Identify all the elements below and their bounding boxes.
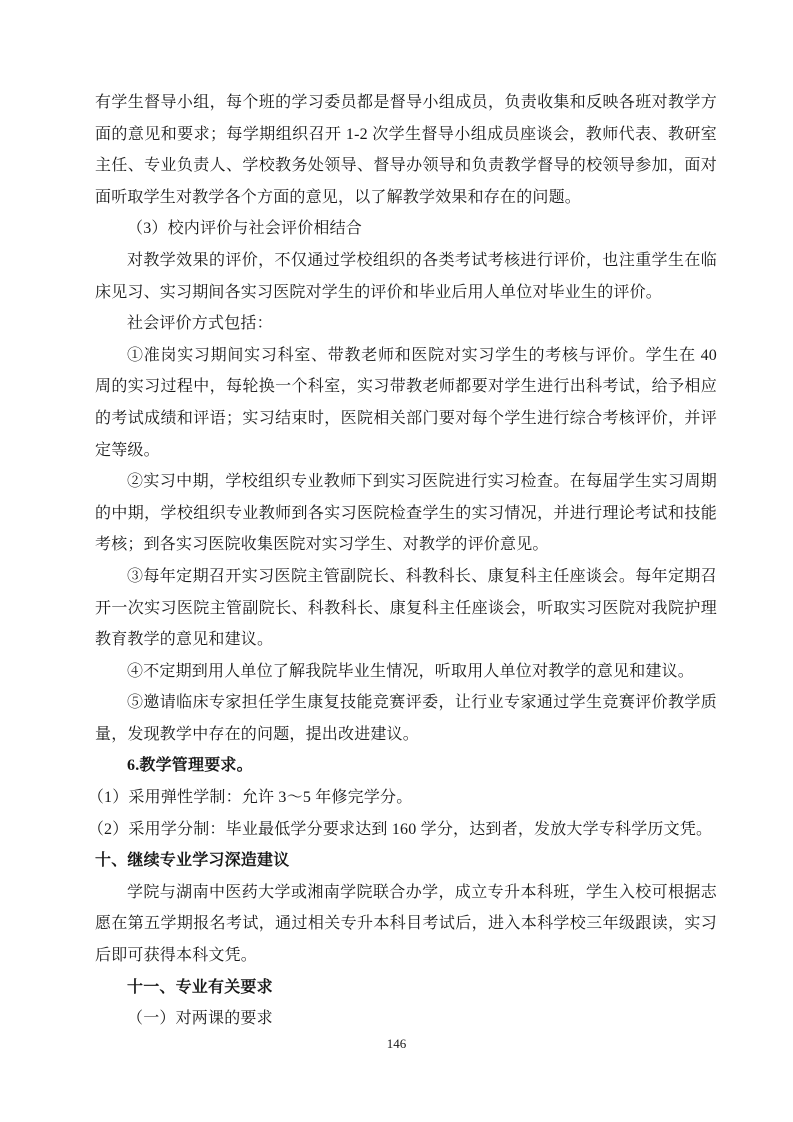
- subheading-3: （3）校内评价与社会评价相结合: [95, 213, 717, 245]
- page-number: 146: [0, 1036, 793, 1052]
- section-heading-11: 十一、专业有关要求: [95, 972, 717, 1004]
- section-heading-10: 十、继续专业学习深造建议: [95, 845, 717, 877]
- document-body: 有学生督导小组，每个班的学习委员都是督导小组成员，负责收集和反映各班对教学方面的…: [95, 87, 717, 1035]
- list-item-4: ④不定期到用人单位了解我院毕业生情况，听取用人单位对教学的意见和建议。: [95, 656, 717, 688]
- paragraph: 对教学效果的评价，不仅通过学校组织的各类考试考核进行评价，也注重学生在临床见习、…: [95, 245, 717, 308]
- list-item-3: ③每年定期召开实习医院主管副院长、科教科长、康复科主任座谈会。每年定期召开一次实…: [95, 561, 717, 656]
- paragraph: （2）采用学分制：毕业最低学分要求达到 160 学分，达到者，发放大学专科学历文…: [95, 814, 717, 846]
- paragraph: 社会评价方式包括：: [95, 308, 717, 340]
- subheading-6: 6.教学管理要求。: [95, 750, 717, 782]
- paragraph: （1）采用弹性学制：允许 3～5 年修完学分。: [95, 782, 717, 814]
- paragraph: 学院与湖南中医药大学或湘南学院联合办学，成立专升本科班，学生入校可根据志愿在第五…: [95, 877, 717, 972]
- list-item-1: ①准岗实习期间实习科室、带教老师和医院对实习学生的考核与评价。学生在 40 周的…: [95, 340, 717, 466]
- list-item-2: ②实习中期，学校组织专业教师下到实习医院进行实习检查。在每届学生实习周期的中期，…: [95, 466, 717, 561]
- document-page: 有学生督导小组，每个班的学习委员都是督导小组成员，负责收集和反映各班对教学方面的…: [0, 0, 793, 1122]
- list-item-5: ⑤邀请临床专家担任学生康复技能竞赛评委，让行业专家通过学生竞赛评价教学质量，发现…: [95, 687, 717, 750]
- subheading-two-courses: （一）对两课的要求: [95, 1003, 717, 1035]
- paragraph-continuation: 有学生督导小组，每个班的学习委员都是督导小组成员，负责收集和反映各班对教学方面的…: [95, 87, 717, 213]
